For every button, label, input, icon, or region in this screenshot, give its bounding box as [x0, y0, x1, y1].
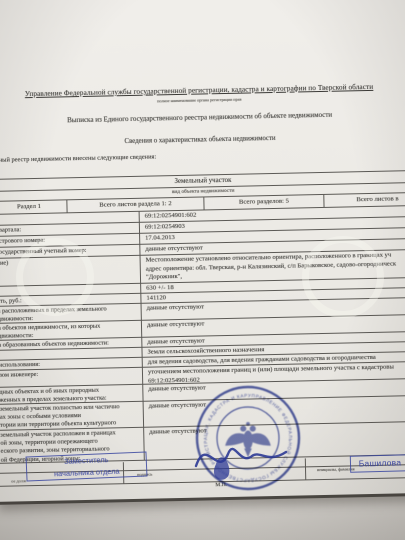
- section-title: Сведения о характеристиках объекта недви…: [0, 132, 405, 148]
- row-value: Местоположение установлено относительно …: [141, 249, 405, 283]
- position-stamp-box: Заместитель начальника отдела: [26, 451, 148, 481]
- row-label: ние): [0, 256, 141, 286]
- row-label: а расположенных в пределах земельного дв…: [0, 304, 142, 323]
- name-stamp-box: Башилова: [350, 454, 405, 473]
- signature-vline-2: [305, 458, 306, 479]
- section-cell: Раздел 1: [0, 200, 68, 214]
- handwritten-signature: [190, 428, 300, 480]
- name-caption: инициалы, фамилия: [317, 466, 355, 472]
- sections-total-cell: Всего разделов: 5: [204, 195, 324, 210]
- position-caption-fragment: ое долж: [11, 478, 26, 483]
- row-label: земельный участок полностью или частично…: [0, 402, 144, 430]
- document-title: Выписка из Единого государственного реес…: [0, 109, 405, 126]
- row-label: вом инженере:: [0, 368, 143, 387]
- document-photo: Управление Федеральной службы государств…: [0, 0, 405, 540]
- sheets-total-cell: Всего листов в: [324, 192, 405, 207]
- row-label: а объектов недвижимости, из которых движ…: [0, 321, 142, 340]
- row-label: дных объектах и об иных природных женных…: [0, 385, 144, 404]
- intro-line-fragment: енный реестр недвижимости внесены следую…: [0, 153, 156, 163]
